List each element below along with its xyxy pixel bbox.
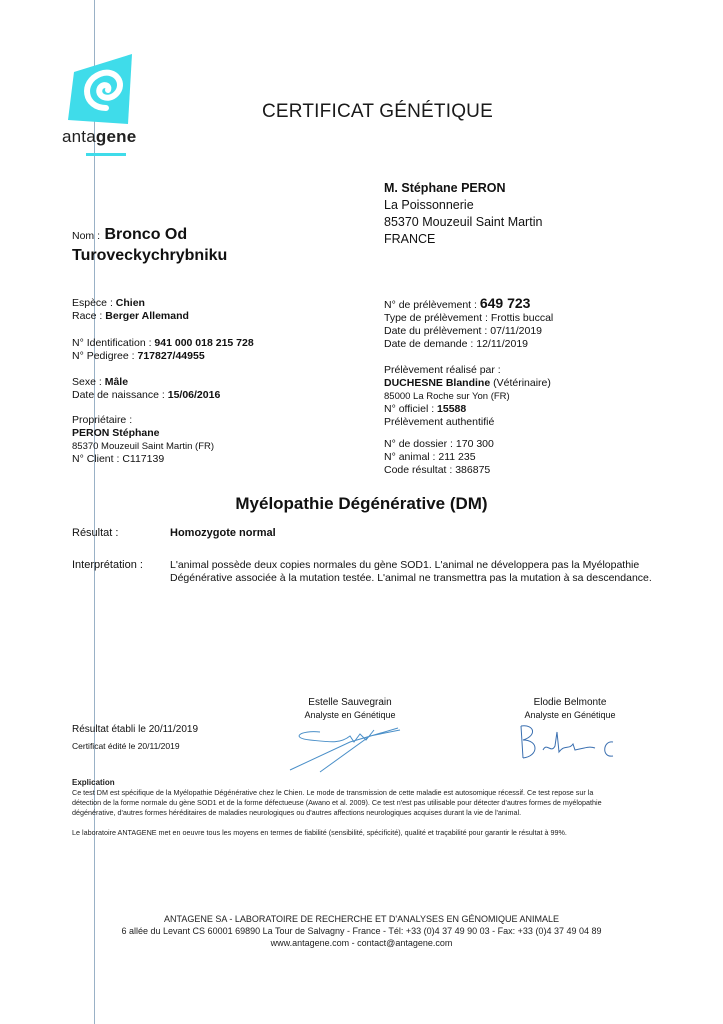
birth-value: 15/06/2016 [168,389,221,401]
interpretation-line1: L'animal possède deux copies normales du… [170,559,670,572]
sample-number-label: N° de prélèvement : [384,299,477,311]
sample-number: 649 723 [480,295,531,311]
signatory-2: Elodie Belmonte Analyste en Génétique [500,697,640,721]
logo-underline [86,153,126,156]
document-title: CERTIFICAT GÉNÉTIQUE [262,101,493,123]
recipient-line1: La Poissonnerie [384,197,542,214]
recipient-line2: 85370 Mouzeuil Saint Martin [384,214,542,231]
animal-name-line2: Turoveckychrybniku [72,246,227,266]
animal-name: Nom : Bronco Od Turoveckychrybniku [72,225,227,266]
explanation-line2: détection de la forme normale du gène SO… [72,798,682,808]
sample-type-label: Type de prélèvement : [384,312,488,324]
sampled-by-label: Prélèvement réalisé par : [384,364,551,377]
owner-block: Propriétaire : PERON Stéphane 85370 Mouz… [72,414,214,466]
vet-block: Prélèvement réalisé par : DUCHESNE Bland… [384,364,551,429]
signatory-2-name: Elodie Belmonte [500,697,640,709]
animal-ids: N° Identification : 941 000 018 215 728 … [72,337,254,363]
footer-line3: www.antagene.com - contact@antagene.com [0,937,723,949]
footer-line1: ANTAGENE SA - LABORATOIRE DE RECHERCHE E… [0,913,723,925]
breed-value: Berger Allemand [105,310,189,322]
sex-value: Mâle [105,376,128,388]
explanation-line1: Ce test DM est spécifique de la Myélopat… [72,788,682,798]
file-value: 170 300 [456,438,494,450]
animal-no-label: N° animal : [384,451,435,463]
owner-name: PERON Stéphane [72,427,160,439]
recipient-country: FRANCE [384,231,542,248]
explanation-line3: dégénérative, d'autres formes héréditair… [72,808,682,818]
signatory-1-role: Analyste en Génétique [280,709,420,721]
result-established-date: Résultat établi le 20/11/2019 [72,724,198,735]
signatory-1: Estelle Sauvegrain Analyste en Génétique [280,697,420,721]
result-value: Homozygote normal [170,527,276,539]
animal-name-line1: Bronco Od [104,226,187,243]
pedigree-value: 717827/44955 [138,350,205,362]
sample-type: Frottis buccal [491,312,553,324]
pedigree-label: N° Pedigree : [72,350,135,362]
animal-name-label: Nom : [72,230,100,242]
signature-2-icon [515,720,625,765]
interpretation-line2: Dégénérative associée à la mutation test… [170,572,670,585]
owner-label: Propriétaire : [72,414,214,427]
sample-block: N° de prélèvement : 649 723 Type de prél… [384,297,553,351]
owner-address: 85370 Mouzeuil Saint Martin (FR) [72,440,214,453]
explanation-heading: Explication [72,778,682,788]
signatory-1-name: Estelle Sauvegrain [280,697,420,709]
antagene-swirl-logo-icon [66,50,136,126]
recipient-name: M. Stéphane PERON [384,180,542,197]
species-value: Chien [116,297,145,309]
official-value: 15588 [437,403,466,415]
request-date: 12/11/2019 [476,338,528,350]
code-value: 386875 [455,464,490,476]
logo-wordmark: antagene [62,127,136,147]
vet-name: DUCHESNE Blandine [384,377,490,389]
authenticated-status: Prélèvement authentifié [384,416,551,429]
breed-label: Race : [72,310,102,322]
sample-date-label: Date du prélèvement : [384,325,487,337]
sex-label: Sexe : [72,376,102,388]
code-label: Code résultat : [384,464,452,476]
certificate-edited-date: Certificat édité le 20/11/2019 [72,741,180,751]
vet-address: 85000 La Roche sur Yon (FR) [384,390,551,403]
birth-label: Date de naissance : [72,389,165,401]
species-label: Espèce : [72,297,113,309]
id-value: 941 000 018 215 728 [154,337,253,349]
animal-no-value: 211 235 [438,451,475,463]
request-date-label: Date de demande : [384,338,473,350]
client-label: N° Client : [72,453,119,465]
vet-role: (Vétérinaire) [493,377,551,389]
result-label: Résultat : [72,527,118,539]
file-block: N° de dossier : 170 300 N° animal : 211 … [384,438,494,477]
signature-1-icon [280,722,410,777]
animal-species-breed: Espèce : Chien Race : Berger Allemand [72,297,189,323]
recipient-address: M. Stéphane PERON La Poissonnerie 85370 … [384,180,542,248]
sample-date: 07/11/2019 [490,325,542,337]
test-name: Myélopathie Dégénérative (DM) [0,494,723,514]
explanation-line4: Le laboratoire ANTAGENE met en oeuvre to… [72,828,682,838]
id-label: N° Identification : [72,337,152,349]
client-value: C117139 [122,453,164,465]
footer: ANTAGENE SA - LABORATOIRE DE RECHERCHE E… [0,913,723,949]
interpretation-text: L'animal possède deux copies normales du… [170,559,670,585]
explanation-block: Explication Ce test DM est spécifique de… [72,778,682,838]
interpretation-label: Interprétation : [72,559,143,571]
file-label: N° de dossier : [384,438,453,450]
official-label: N° officiel : [384,403,434,415]
animal-sex-birth: Sexe : Mâle Date de naissance : 15/06/20… [72,376,220,402]
footer-line2: 6 allée du Levant CS 60001 69890 La Tour… [0,925,723,937]
